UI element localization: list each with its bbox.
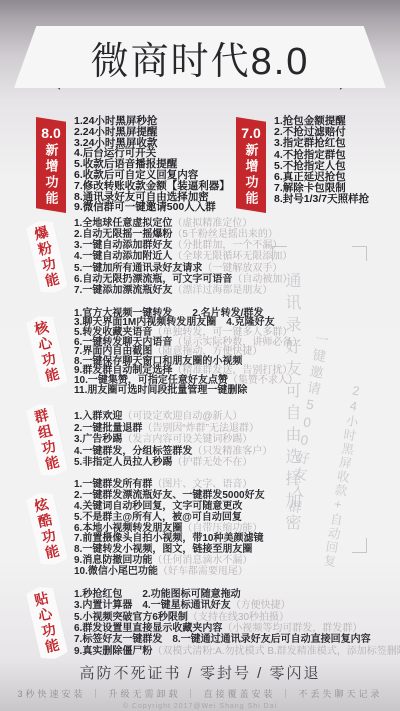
feature-note: （自动被加） (232, 274, 292, 285)
feature-note: （可设定欢迎自动@新人） (122, 411, 242, 422)
feature-note: （分批群加，一个不漏） (172, 240, 282, 251)
feature-text: 10.微信小尾巴功能 (74, 566, 158, 577)
feature-line: 11.朋友圈可选时间段批量管理一键删除 (74, 386, 400, 396)
feature-note: （告别因“炸群”无法退群） (142, 423, 259, 434)
feature-note: （支持在线30秒拍摄） (188, 612, 289, 623)
feature-note: （漂洋过海都是朋友） (172, 285, 272, 296)
feature-note: （5千粉丝是摇出来的） (172, 229, 278, 240)
feature-line: 3.一键自动添加群好友（分批群加，一个不漏） (74, 240, 400, 251)
version-ribbon-7: 7.0 新增功能 (236, 117, 266, 213)
feature-line: 2.自动无限摇一摇爆粉（5千粉丝是摇出来的） (74, 229, 400, 240)
feature-line: 10.微信小尾巴功能（好车都需要甩尾） (74, 567, 400, 578)
feature-text: 3.广告秒踢 (74, 434, 122, 445)
new-features-col-7: 7.0 新增功能 1.抢包金额提醒2.不抢过滤赔付3.指定群抢红包4.不抢指定群… (200, 112, 400, 218)
feature-note: （自带压缩功能） (182, 523, 262, 534)
footer: 高防不死证书 / 零封号 / 零闪退 3秒快速安装 ｜ 升级无需卸载 ｜ 直接覆… (0, 662, 400, 710)
feature-text: 5.小视频突破官方6秒限制 (74, 612, 188, 623)
feature-line: 7.修改转账收款金额【装逼利器】 (74, 181, 200, 192)
feature-note: （发言内容可设关键词秒踢） (122, 434, 252, 445)
feature-line: 2.一键批量退群（告别因“炸群”无法退群） (74, 423, 400, 434)
ribbon-label: 新增功能 (42, 143, 61, 207)
poster: 微商时代8.0 8.0 新增功能 1.24小时黑屏秒抢2.24小时黑屏提醒3.2… (0, 0, 400, 711)
feature-note: （虚拟精准定位） (172, 218, 252, 229)
feature-text: 3.一键自动添加群好友 (74, 240, 172, 251)
feature-line: 3.广告秒踢（发言内容可设关键词秒踢） (74, 434, 400, 445)
feature-text: 4.一键群发，分组标签群发 (74, 446, 192, 457)
feature-line: 7.一键添加漂流瓶好友（漂洋过海都是朋友） (74, 285, 400, 296)
feature-line: 2.24小时黑屏提醒 (74, 127, 200, 138)
feature-text: 7.标签好友一键群发 8.一键通过通讯录好友后可自动直接回复内容 (74, 634, 371, 645)
feature-line: 3.指定群抢红包 (274, 138, 400, 149)
section-groups: 群组功能 1.入群欢迎（可设定欢迎自动@新人）2.一键批量退群（告别因“炸群”无… (0, 406, 400, 474)
feature-line: 4.一键自动添加附近人（全球无限循环无限添加） (74, 251, 400, 262)
feature-text: 1.入群欢迎 (74, 411, 122, 422)
feature-note: （护群无处不在） (172, 457, 252, 468)
title-banner: 微商时代8.0 (14, 26, 386, 88)
feature-note: （方便快捷） (231, 600, 291, 611)
feature-line: 9.真实删除僵尸粉（双模式清粉:A.勿扰模式 B.群发精准模式，添加标签删除） (74, 646, 400, 657)
feature-note: （图片、文字、语音） (152, 479, 252, 490)
feature-text: 8.一键转发小视频，图文，链接至朋友圈 (74, 544, 252, 555)
feature-line: 7.标签好友一键群发 8.一键通过通讯录好友后可自动直接回复内容 (74, 634, 400, 645)
new-features-row: 8.0 新增功能 1.24小时黑屏秒抢2.24小时黑屏提醒3.24小时黑屏收款4… (0, 112, 400, 218)
feature-text: 2.一键批量退群 (74, 423, 142, 434)
feature-text: 7.前置摄像头自拍小视频，带10种美颜滤镜 (74, 533, 263, 544)
footer-slogan: 高防不死证书 / 零封号 / 零闪退 (0, 662, 400, 683)
feature-note: （任何消息滴水不漏） (152, 555, 252, 566)
feature-text: 3.内置计算器 4.一键星标通讯好友 (74, 600, 231, 611)
feature-text: 9.真实删除僵尸粉 (74, 646, 152, 657)
feature-line: 1.入群欢迎（可设定欢迎自动@新人） (74, 411, 400, 422)
ribbon-label: 新增功能 (242, 143, 261, 207)
new-features-col-8: 8.0 新增功能 1.24小时黑屏秒抢2.24小时黑屏提醒3.24小时黑屏收款4… (0, 112, 200, 218)
feature-text: 5.不是群主@所有人，被@可自动回复 (74, 512, 242, 523)
feature-text: 6.自动无限扔漂流瓶，可文字可语音 (74, 274, 232, 285)
new-features-list-7: 1.抢包金额提醒2.不抢过滤赔付3.指定群抢红包4.不抢指定群包5.不抢指定人包… (200, 112, 400, 206)
feature-text: 7.一键添加漂流瓶好友 (74, 285, 172, 296)
feature-text: 1.一键群发所有群 (74, 479, 152, 490)
feature-text: 1.秒抢红包 2.功能图标可随意拖动 (74, 589, 241, 600)
feature-line: 1.秒抢红包 2.功能图标可随意拖动 (74, 589, 400, 600)
feature-line: 6.群发设置里直接显示收藏夹内容（小视频等均可群发，群发群） (74, 623, 400, 634)
feature-line: 5.小视频突破官方6秒限制（支持在线30秒拍摄） (74, 612, 400, 623)
feature-line: 8.封号1/3/7天照样抢 (274, 194, 400, 205)
feature-line: 6.自动无限扔漂流瓶，可文字可语音（自动被加） (74, 274, 400, 285)
poster-title: 微商时代8.0 (91, 30, 310, 85)
feature-note: （一键解放双手） (202, 263, 282, 274)
feature-text: 5.非指定人员拉人秒踢 (74, 457, 172, 468)
feature-text: 4.关键词自动秒回复，文字可随意更改 (74, 501, 242, 512)
feature-note: （全球无限循环无限添加） (172, 251, 292, 262)
feature-text: 2.一键群发漂流瓶好友、一键群发5000好友 (74, 490, 265, 501)
ribbon-version: 7.0 (241, 125, 260, 141)
feature-text: 6.本地小视频转发朋友圈 (74, 523, 182, 534)
feature-line: 4.一键群发，分组标签群发（只发精准客户） (74, 446, 400, 457)
feature-text: 6.群发设置里直接显示收藏夹内容 (74, 623, 222, 634)
ribbon-version: 8.0 (41, 125, 60, 141)
footer-tagline: 3秒快速安装 ｜ 升级无需卸载 ｜ 直接覆盖安装 ｜ 不丢失聊天记录 (0, 687, 400, 700)
footer-copyright: © Copyright 2017@Wei Shang Shi Dai (0, 703, 400, 710)
new-features-list-8: 1.24小时黑屏秒抢2.24小时黑屏提醒3.24小时黑屏收款4.后台运行可开关5… (0, 112, 200, 213)
version-ribbon-8: 8.0 新增功能 (36, 117, 66, 213)
feature-note: （好车都需要甩尾） (158, 566, 248, 577)
feature-text: 9.消息防撤回功能 (74, 555, 152, 566)
feature-line: 5.一键加所有通讯录好友请求（一键解放双手） (74, 263, 400, 274)
feature-text: 4.一键自动添加附近人 (74, 251, 172, 262)
section-thoughtful: 贴心功能 1.秒抢红包 2.功能图标可随意拖动3.内置计算器 4.一键星标通讯好… (0, 587, 400, 659)
feature-text: 1.全地球任意虚拟定位 (74, 218, 172, 229)
section-core: 核心功能 1.官方大视频一键转发 2.名片转发/群发3.聊天界面1M内视频转发朋… (0, 300, 400, 404)
feature-note: （小视频等均可群发，群发群） (222, 623, 362, 634)
feature-note: （双模式清粉:A.勿扰模式 B.群发精准模式，添加标签删除） (152, 646, 400, 657)
feature-note: （只发精准客户） (192, 446, 272, 457)
feature-line: 1.全地球任意虚拟定位（虚拟精准定位） (74, 218, 400, 229)
feature-text: 2.自动无限摇一摇爆粉 (74, 229, 172, 240)
feature-text: 11.朋友圈可选时间段批量管理一键删除 (74, 385, 247, 396)
section-cool: 炫酷功能 1.一键群发所有群（图片、文字、语音）2.一键群发漂流瓶好友、一键群发… (0, 479, 400, 579)
feature-line: 9.微信群可一键邀请500人入群 (74, 202, 200, 213)
feature-text: 5.一键加所有通讯录好友请求 (74, 263, 202, 274)
section-fan-boost: 爆粉功能 1.全地球任意虚拟定位（虚拟精准定位）2.自动无限摇一摇爆粉（5千粉丝… (0, 218, 400, 296)
feature-line: 5.非指定人员拉人秒踢（护群无处不在） (74, 457, 400, 468)
feature-line: 3.内置计算器 4.一键星标通讯好友（方便快捷） (74, 600, 400, 611)
